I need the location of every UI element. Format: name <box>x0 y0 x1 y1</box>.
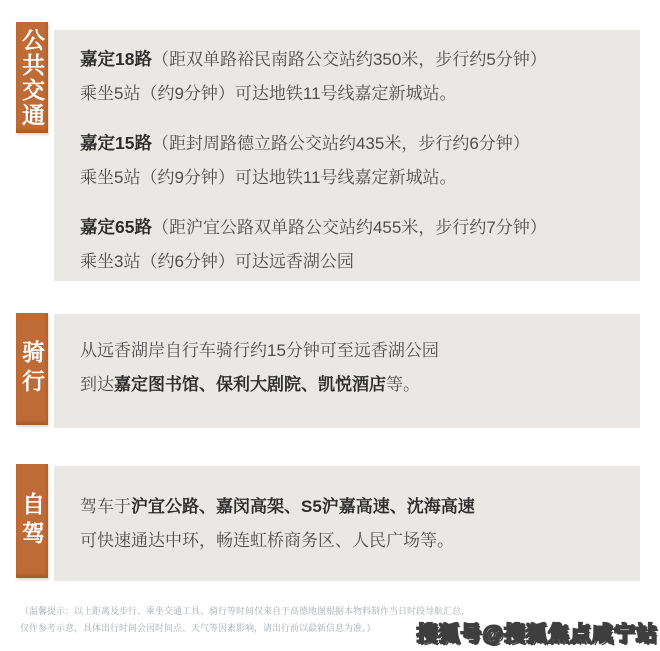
section-label-text: 骑行 <box>16 340 48 398</box>
disclaimer: （温馨提示：以上距离及步行、乘坐交通工具、骑行等时间仅来自于高德地图根据本物料制… <box>20 603 480 637</box>
section-label-text: 自驾 <box>16 492 48 550</box>
driving-line: 可快速通达中环，畅连虹桥商务区、人民广场等。 <box>80 524 622 558</box>
bus-route-name: 嘉定18路 <box>80 49 152 69</box>
bus-route-name: 嘉定65路 <box>80 217 152 237</box>
bus-route-name: 嘉定15路 <box>80 133 152 153</box>
bus-route-line1: 嘉定18路（距双单路裕民南路公交站约350米，步行约5分钟） <box>80 42 622 77</box>
bus-route-line1: 嘉定65路（距沪宜公路双单路公交站约455米，步行约7分钟） <box>80 210 622 245</box>
driving-text: 驾车于 <box>80 497 131 516</box>
bus-route-detail: （距封周路德立路公交站约435米，步行约6分钟） <box>152 134 530 153</box>
cycling-highlight: 嘉定图书馆、保利大剧院、凯悦酒店 <box>114 375 386 394</box>
disclaimer-line: （温馨提示：以上距离及步行、乘坐交通工具、骑行等时间仅来自于高德地图根据本物料制… <box>20 603 480 620</box>
section-label-text: 公共交通 <box>16 28 48 128</box>
sohu-watermark: 搜狐号@搜狐焦点咸宁站 <box>417 618 658 648</box>
public-transit-panel: 嘉定18路（距双单路裕民南路公交站约350米，步行约5分钟） 乘坐5站（约9分钟… <box>54 30 640 281</box>
transport-infographic: 公共交通 嘉定18路（距双单路裕民南路公交站约350米，步行约5分钟） 乘坐5站… <box>0 0 660 651</box>
section-label-driving: 自驾 <box>16 464 48 578</box>
bus-route-line1: 嘉定15路（距封周路德立路公交站约435米，步行约6分钟） <box>80 126 622 161</box>
bus-route-detail: （距沪宜公路双单路公交站约455米，步行约7分钟） <box>152 218 547 237</box>
bus-route-entry: 嘉定65路（距沪宜公路双单路公交站约455米，步行约7分钟） 乘坐3站（约6分钟… <box>80 210 622 279</box>
cycling-text: 从远香湖岸自行车骑行约15分钟可至远香湖公园 <box>80 341 439 360</box>
driving-highlight: 沪宜公路、嘉闵高架、S5沪嘉高速、沈海高速 <box>131 497 475 516</box>
cycling-panel: 从远香湖岸自行车骑行约15分钟可至远香湖公园 到达嘉定图书馆、保利大剧院、凯悦酒… <box>54 314 640 428</box>
section-label-public-transit: 公共交通 <box>16 22 48 133</box>
driving-panel: 驾车于沪宜公路、嘉闵高架、S5沪嘉高速、沈海高速 可快速通达中环，畅连虹桥商务区… <box>54 466 640 581</box>
bus-route-line2: 乘坐3站（约6分钟）可达远香湖公园 <box>80 245 622 279</box>
driving-text: 可快速通达中环，畅连虹桥商务区、人民广场等。 <box>80 531 454 550</box>
bus-route-entry: 嘉定15路（距封周路德立路公交站约435米，步行约6分钟） 乘坐5站（约9分钟）… <box>80 126 622 195</box>
cycling-text: 到达 <box>80 375 114 394</box>
cycling-text: 等。 <box>386 375 420 394</box>
disclaimer-line: 仅作参考示意，具体出行时间会因时间点、天气等因素影响，请出行前以最新信息为准。） <box>20 620 480 637</box>
bus-route-detail: （距双单路裕民南路公交站约350米，步行约5分钟） <box>152 50 547 69</box>
cycling-line: 从远香湖岸自行车骑行约15分钟可至远香湖公园 <box>80 334 622 368</box>
cycling-line: 到达嘉定图书馆、保利大剧院、凯悦酒店等。 <box>80 368 622 402</box>
bus-route-entry: 嘉定18路（距双单路裕民南路公交站约350米，步行约5分钟） 乘坐5站（约9分钟… <box>80 42 622 111</box>
section-label-cycling: 骑行 <box>16 313 48 425</box>
bus-route-line2: 乘坐5站（约9分钟）可达地铁11号线嘉定新城站。 <box>80 77 622 111</box>
driving-line: 驾车于沪宜公路、嘉闵高架、S5沪嘉高速、沈海高速 <box>80 490 622 524</box>
bus-route-line2: 乘坐5站（约9分钟）可达地铁11号线嘉定新城站。 <box>80 161 622 195</box>
